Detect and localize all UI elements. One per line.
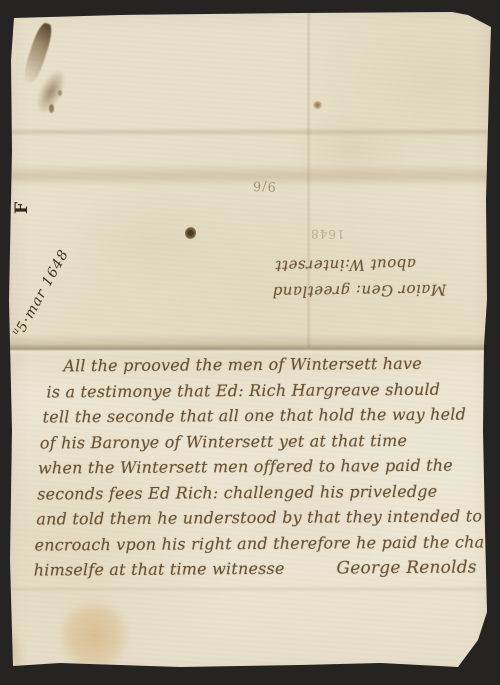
ink-blot [185,227,196,239]
ink-drip [58,90,62,96]
signature: George Renolds [336,555,476,581]
folio-letter-mark: F [12,196,36,220]
letter-closing-line: himselfe at that time witnesse George Re… [31,554,481,584]
letter-line: and told them he understood by that they… [30,503,480,532]
pencil-shelfmark: 9/6 [252,178,276,194]
date-annotation: u5·mar 1648 [10,219,87,340]
letter-text-block: All the prooved the men of Wintersett ha… [29,350,481,584]
photo-background: { "photo": { "description": "Photograph … [0,0,500,685]
manuscript-paper: F u5·mar 1648 9/6 1648 Maior Gen: greetl… [0,0,500,685]
letter-line: tell the seconde that all one that hold … [30,401,480,430]
letter-line: when the Wintersett men offered to have … [30,452,480,481]
left-edge-stain [0,618,30,685]
date-annotation-text: 5·mar 1648 [14,247,72,335]
letter-line: encroach vpon his right and therefore he… [30,529,480,558]
letter-line: of his Baronye of Wintersett yet at that… [30,427,480,456]
letter-line: is a testimonye that Ed: Rich Hargreave … [29,376,479,405]
horizontal-crease-upper [0,128,500,136]
horizontal-fold-band [0,164,500,186]
letter-line: seconds fees Ed Rich: challenged his pri… [30,478,480,507]
address-docket: Maior Gen: greetland about W:intersett [242,251,451,306]
pencil-year-mark: 1648 [310,227,345,242]
closing-text: himselfe at that time witnesse [34,556,285,583]
small-brown-spot [313,101,322,109]
letter-line: All the prooved the men of Wintersett ha… [29,350,479,379]
docket-line: Maior Gen: greetland [242,277,450,306]
docket-line: about W:intersett [242,251,450,280]
ink-drip [49,104,54,113]
bottom-left-stain [48,588,140,684]
